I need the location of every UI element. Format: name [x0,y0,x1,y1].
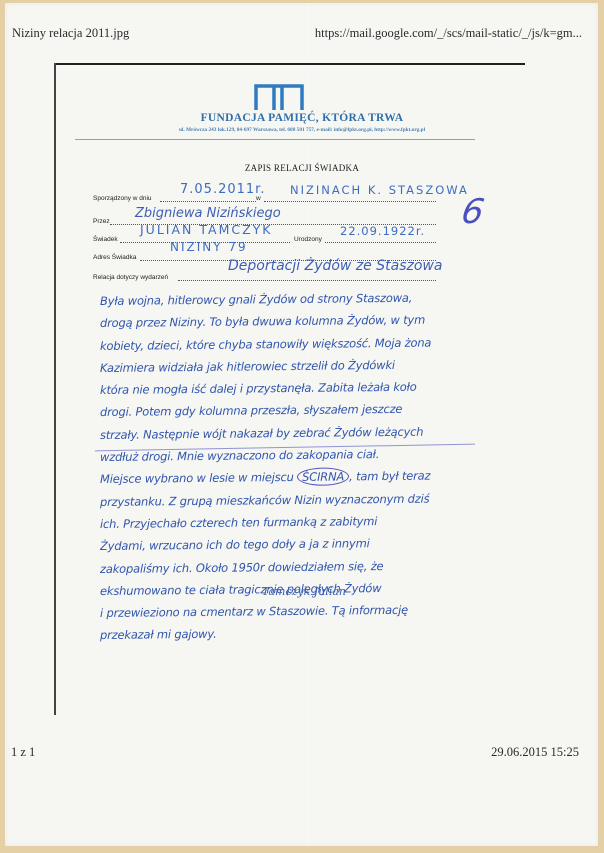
witness-address-label: Adres Świadka [93,254,136,261]
place-dotted-line [264,200,436,202]
place-label: w [256,195,261,202]
circled-place-name: ŚCIRNA [297,468,349,487]
foundation-logo-icon [252,82,307,110]
by-label: Przez [93,218,110,225]
document-frame-top-border [54,63,525,65]
witness-address-value: NIZINY 79 [170,240,248,254]
witness-value: JULIAN TAMCZYK [140,222,273,237]
narrative-line-head: Miejsce wybrano w lesie w miejscu [100,470,294,486]
born-value: 22.09.1922r. [340,224,425,238]
document-frame-left-border [54,63,56,715]
letterhead-divider [75,139,475,140]
print-header-filename: Niziny relacja 2011.jpg [12,26,129,41]
org-name: FUNDACJA PAMIĘĆ, KTÓRA TRWA [0,112,604,124]
born-dotted-line [325,241,436,243]
date-dotted-line [160,200,256,202]
print-footer-datetime: 29.06.2015 15:25 [491,745,579,760]
narrative-line: przekazał mi gajowy. [100,620,480,646]
subject-value: Deportacji Żydów ze Staszowa [228,258,442,274]
witness-signature: Tamczyk Julian [262,585,346,598]
subject-label: Relacja dotyczy wydarzeń [93,274,168,281]
org-address: ul. Mrówcza 243 lok.129, 04-697 Warszawa… [0,127,604,133]
witness-label: Świadek [93,236,118,243]
date-value: 7.05.2011r. [180,182,265,197]
print-header-url: https://mail.google.com/_/scs/mail-stati… [315,26,582,41]
by-value: Zbigniewa Nizińskiego [135,206,281,221]
print-footer-page-number: 1 z 1 [11,745,35,760]
form-title: ZAPIS RELACJI ŚWIADKA [0,163,604,173]
subject-dotted-line [178,279,436,281]
place-value: NIZINACH K. STASZOWA [290,183,469,197]
date-label: Sporządzony w dniu [93,195,152,202]
born-label: Urodzony [294,236,322,243]
narrative-line-tail: , tam był teraz [349,469,430,484]
